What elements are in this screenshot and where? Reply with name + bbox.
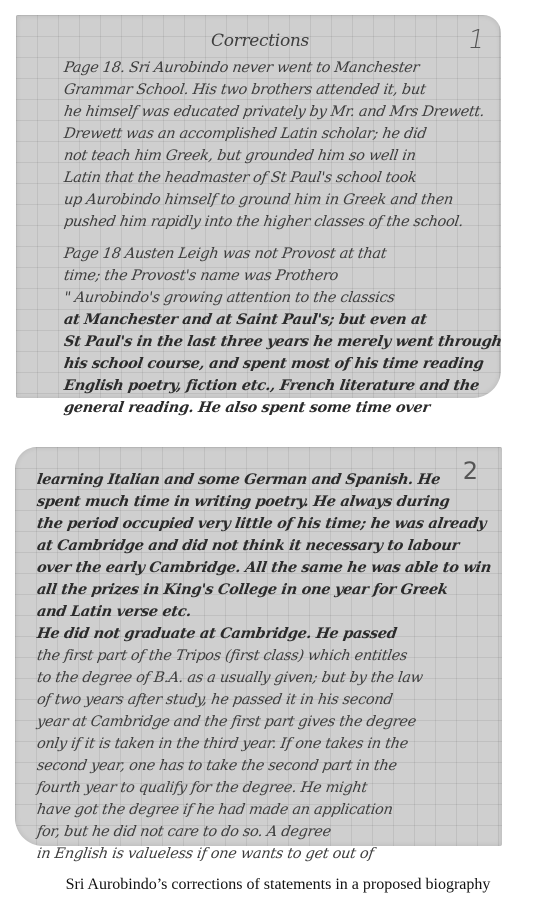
handwritten-line: the period occupied very little of his t… bbox=[35, 513, 492, 535]
handwritten-line: spent much time in writing poetry. He al… bbox=[35, 491, 492, 513]
handwritten-line: not teach him Greek, but grounded him so… bbox=[62, 145, 485, 167]
handwritten-line: have got the degree if he had made an ap… bbox=[35, 799, 492, 821]
handwritten-line: for, but he did not care to do so. A deg… bbox=[35, 821, 492, 843]
handwritten-line: and Latin verse etc. bbox=[35, 601, 492, 623]
page-heading: Corrections bbox=[211, 31, 309, 51]
handwritten-line: only if it is taken in the third year. I… bbox=[35, 733, 492, 755]
handwritten-line: " Aurobindo's growing attention to the c… bbox=[62, 287, 503, 309]
handwritten-line: all the prizes in King's College in one … bbox=[35, 579, 492, 601]
handwritten-line: over the early Cambridge. All the same h… bbox=[35, 557, 492, 579]
handwritten-line: in English is valueless if one wants to … bbox=[35, 843, 492, 865]
handwritten-line: learning Italian and some German and Spa… bbox=[35, 469, 492, 491]
handwritten-line: the first part of the Tripos (first clas… bbox=[35, 645, 492, 667]
handwritten-line: Page 18 Austen Leigh was not Provost at … bbox=[62, 243, 503, 265]
handwritten-line: Latin that the headmaster of St Paul's s… bbox=[62, 167, 485, 189]
handwritten-line: he himself was educated privately by Mr.… bbox=[62, 101, 485, 123]
handwritten-line: English poetry, fiction etc., French lit… bbox=[62, 375, 503, 397]
handwritten-line: Page 18. Sri Aurobindo never went to Man… bbox=[62, 57, 485, 79]
handwritten-line: year at Cambridge and the first part giv… bbox=[35, 711, 492, 733]
handwritten-line: at Manchester and at Saint Paul's; but e… bbox=[62, 309, 503, 331]
handwritten-line: to the degree of B.A. as a usually given… bbox=[35, 667, 492, 689]
handwritten-line: time; the Provost's name was Prothero bbox=[62, 265, 503, 287]
correction-section-2: Page 18 Austen Leigh was not Provost at … bbox=[64, 243, 502, 419]
handwritten-line: St Paul's in the last three years he mer… bbox=[62, 331, 503, 353]
handwritten-line: Grammar School. His two brothers attende… bbox=[62, 79, 485, 101]
handwritten-line: up Aurobindo himself to ground him in Gr… bbox=[62, 189, 485, 211]
handwritten-line: general reading. He also spent some time… bbox=[62, 397, 503, 419]
handwritten-line: his school course, and spent most of his… bbox=[62, 353, 503, 375]
figure-caption: Sri Aurobindo’s corrections of statement… bbox=[0, 876, 556, 894]
handwritten-line: of two years after study, he passed it i… bbox=[35, 689, 492, 711]
manuscript-page-1: Corrections 1 Page 18. Sri Aurobindo nev… bbox=[16, 15, 501, 398]
handwritten-line: pushed him rapidly into the higher class… bbox=[62, 211, 485, 233]
manuscript-page-2: 2 learning Italian and some German and S… bbox=[15, 447, 502, 846]
handwritten-line: second year, one has to take the second … bbox=[35, 755, 492, 777]
handwritten-line: at Cambridge and did not think it necess… bbox=[35, 535, 492, 557]
handwritten-line: fourth year to qualify for the degree. H… bbox=[35, 777, 492, 799]
page-number: 1 bbox=[466, 25, 488, 55]
continuation-text: learning Italian and some German and Spa… bbox=[37, 469, 491, 865]
handwritten-line: He did not graduate at Cambridge. He pas… bbox=[35, 623, 492, 645]
correction-section-1: Page 18. Sri Aurobindo never went to Man… bbox=[64, 57, 484, 233]
handwritten-line: Drewett was an accomplished Latin schola… bbox=[62, 123, 485, 145]
